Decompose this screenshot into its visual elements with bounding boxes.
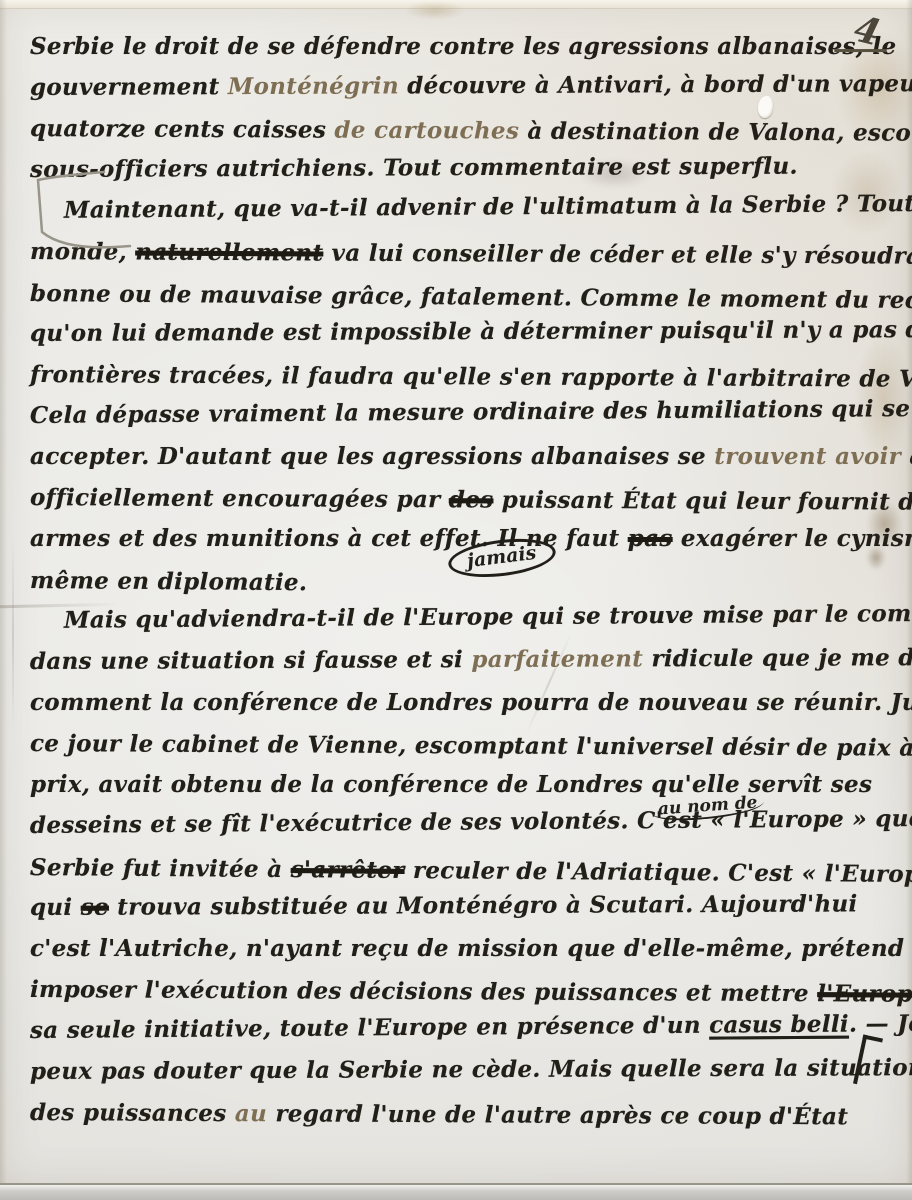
page-number-underline (834, 49, 886, 52)
handwriting-segment: comment la conférence de Londres pourra … (30, 689, 912, 716)
handwriting-segment: sa seule initiative, toute l'Europe en p… (30, 1012, 709, 1044)
handwriting-segment: quatorze cents caisses (30, 115, 335, 144)
manuscript-line: dans une situation si fausse et si parfa… (30, 637, 904, 682)
handwriting-segment: Maintenant, que va-t-il advenir de l'ult… (64, 190, 912, 224)
handwriting-segment: sous-officiers autrichiens. Tout comment… (30, 153, 798, 183)
handwriting-segment: qui (30, 894, 81, 921)
manuscript-line: officiellement encouragées par des puiss… (30, 477, 904, 523)
handwriting-segment: Cela dépasse vraiment la mesure ordinair… (30, 394, 912, 429)
handwriting-segment: à destination de Valona, escortées de de… (519, 118, 912, 148)
struck-out-word: pas (628, 525, 673, 552)
manuscript-line: Serbie le droit de se défendre contre le… (30, 26, 904, 67)
manuscript-line: sa seule initiative, toute l'Europe en p… (30, 1003, 904, 1051)
manuscript-line: qu'on lui demande est impossible à déter… (30, 309, 904, 354)
handwriting-segment: Monténégrin (228, 72, 399, 100)
handwriting-segment: desseins et se fît l'exécutrice de ses v… (30, 805, 912, 839)
handwriting-segment: ainsi (901, 443, 912, 470)
manuscript-line: monde, naturellement va lui conseiller d… (30, 231, 904, 277)
manuscript-line: accepter. D'autant que les agressions al… (30, 436, 904, 477)
handwriting-segment: même en diplomatie. (30, 567, 307, 596)
manuscript-text: Serbie le droit de se défendre contre le… (0, 0, 912, 1186)
manuscript-line: gouvernement Monténégrin découvre à Anti… (30, 63, 904, 108)
manuscript-line: peux pas douter que la Serbie ne cède. M… (30, 1047, 904, 1092)
manuscript-line: Cela dépasse vraiment la mesure ordinair… (30, 388, 904, 436)
struck-out-word: se (81, 894, 109, 921)
handwriting-segment: Serbie le droit de se défendre contre le… (30, 33, 896, 60)
handwriting-segment: découvre à Antivari, à bord d'un vapeur … (399, 69, 912, 99)
manuscript-line: des puissances au regard l'une de l'autr… (30, 1092, 904, 1138)
struck-out-word: s'arrêter (291, 856, 405, 884)
handwriting-segment: imposer l'exécution des décisions des pu… (30, 976, 817, 1007)
manuscript-line: ce jour le cabinet de Vienne, escomptant… (30, 723, 904, 769)
handwriting-segment: Serbie fut invitée à (30, 854, 291, 883)
underlined-phrase: casus belli (709, 1011, 849, 1039)
handwriting-segment: qu'on lui demande est impossible à déter… (30, 316, 912, 347)
manuscript-line: c'est l'Autriche, n'ayant reçu de missio… (30, 928, 904, 969)
manuscript-line: Mais qu'adviendra-t-il de l'Europe qui s… (30, 593, 904, 641)
manuscript-paper: Serbie le droit de se défendre contre le… (0, 0, 912, 1186)
manuscript-line: comment la conférence de Londres pourra … (30, 682, 904, 723)
handwriting-segment: . — Je ne (849, 1010, 912, 1038)
handwriting-segment: trouvent avoir (714, 443, 901, 470)
manuscript-line: desseins et se fît l'exécutrice de ses v… (30, 798, 904, 846)
handwriting-segment: va lui conseiller de céder et elle s'y r… (323, 240, 912, 270)
margin-bracket-pencil-mark (26, 166, 136, 266)
handwriting-segment: Mais qu'adviendra-t-il de l'Europe qui s… (64, 599, 912, 634)
handwriting-segment: puissant État qui leur fournit des (493, 486, 912, 515)
handwriting-segment: dans une situation si fausse et si (30, 646, 471, 675)
manuscript-line: Maintenant, que va-t-il advenir de l'ult… (30, 183, 904, 231)
handwriting-segment: de cartouches (334, 117, 519, 145)
handwriting-segment: peux pas douter que la Serbie ne cède. M… (30, 1054, 912, 1085)
struck-out-word: naturellement (135, 239, 323, 267)
handwriting-segment: ce jour le cabinet de Vienne, escomptant… (30, 730, 912, 762)
handwriting-segment: ridicule que je me demande (643, 644, 912, 673)
handwriting-segment: des puissances (30, 1099, 235, 1127)
handwriting-segment: regard l'une de l'autre après ce coup d'… (267, 1100, 848, 1130)
handwriting-segment: trouva substituée au Monténégro à Scutar… (109, 890, 858, 920)
handwriting-segment: au (235, 1100, 267, 1127)
handwriting-segment: c'est l'Autriche, n'ayant reçu de missio… (30, 935, 904, 962)
scan-background-strip (0, 1183, 912, 1200)
handwriting-segment: gouvernement (30, 73, 228, 101)
handwriting-segment: officiellement encouragées par (30, 484, 449, 513)
manuscript-line: qui se trouva substituée au Monténégro à… (30, 883, 904, 928)
handwriting-segment: parfaitement (471, 645, 643, 673)
handwriting-segment: exagérer le cynisme, (673, 525, 912, 552)
struck-out-word: des (449, 486, 494, 513)
handwriting-segment: accepter. D'autant que les agressions al… (30, 443, 714, 470)
